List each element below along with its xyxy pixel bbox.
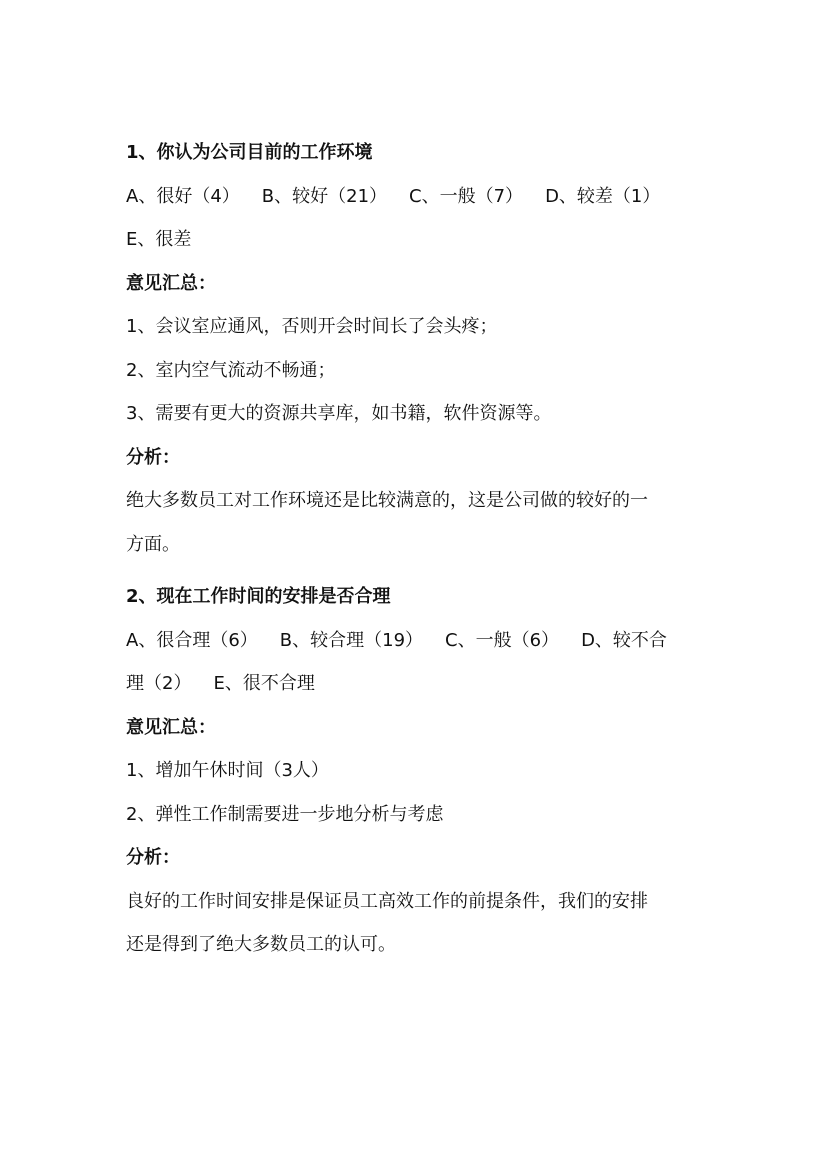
analysis-text: 绝大多数员工对工作环境还是比较满意的，这是公司做的较好的一 (126, 486, 701, 530)
opinion-item: 2、室内空气流动不畅通； (126, 356, 701, 400)
section-spacer (126, 573, 701, 582)
analysis-text: 还是得到了绝大多数员工的认可。 (126, 930, 701, 974)
question-title: 1、你认为公司目前的工作环境 (126, 138, 701, 182)
opinion-item: 1、增加午休时间（3人） (126, 756, 701, 800)
option-e: E、很差 (126, 225, 191, 255)
opinion-item: 1、会议室应通风，否则开会时间长了会头疼； (126, 312, 701, 356)
options-line: E、很差 (126, 225, 701, 269)
document-page: 1、你认为公司目前的工作环境 A、很好（4）B、较好（21）C、一般（7）D、较… (126, 138, 701, 974)
opinion-item: 2、弹性工作制需要进一步地分析与考虑 (126, 800, 701, 844)
section-2: 2、现在工作时间的安排是否合理 A、很合理（6）B、较合理（19）C、一般（6）… (126, 582, 701, 974)
option-c: C、一般（6） (445, 626, 559, 656)
option-c: C、一般（7） (409, 182, 523, 212)
analysis-text: 良好的工作时间安排是保证员工高效工作的前提条件，我们的安排 (126, 887, 701, 931)
option-d: D、较不合 (581, 626, 667, 656)
options-line: A、很合理（6）B、较合理（19）C、一般（6）D、较不合 (126, 626, 701, 670)
options-line: 理（2）E、很不合理 (126, 669, 701, 713)
option-a: A、很好（4） (126, 182, 240, 212)
option-b: B、较好（21） (262, 182, 387, 212)
analysis-heading: 分析： (126, 443, 701, 487)
option-b: B、较合理（19） (280, 626, 423, 656)
opinions-heading: 意见汇总： (126, 713, 701, 757)
section-1: 1、你认为公司目前的工作环境 A、很好（4）B、较好（21）C、一般（7）D、较… (126, 138, 701, 573)
opinions-heading: 意见汇总： (126, 269, 701, 313)
option-d-continued: 理（2） (126, 669, 191, 699)
options-line: A、很好（4）B、较好（21）C、一般（7）D、较差（1） (126, 182, 701, 226)
analysis-text: 方面。 (126, 530, 701, 574)
option-a: A、很合理（6） (126, 626, 258, 656)
question-title: 2、现在工作时间的安排是否合理 (126, 582, 701, 626)
opinion-item: 3、需要有更大的资源共享库，如书籍，软件资源等。 (126, 399, 701, 443)
option-e: E、很不合理 (213, 669, 314, 699)
option-d: D、较差（1） (545, 182, 660, 212)
analysis-heading: 分析： (126, 843, 701, 887)
